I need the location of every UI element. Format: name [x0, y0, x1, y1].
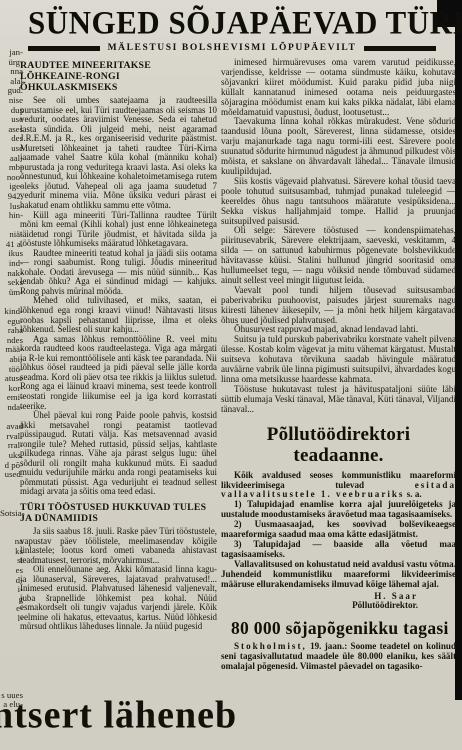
announcement-item: 2) Uusmaasaajad, kes soovivad bolševikea…: [221, 520, 456, 540]
article-title: SÜNGED SÕJAPÄEVAD TÜRIL: [28, 5, 436, 40]
announcement-item: 1) Talupidajad enamlise korra ajal juure…: [221, 500, 456, 520]
body-paragraph: Tööstuse hukutavast tulest ja hävituspat…: [221, 385, 456, 415]
next-article-headline-fragment: ntsert läheneb: [0, 692, 237, 737]
body-paragraph: Suitsu ja tuld purskub paberivabriku kor…: [221, 335, 456, 385]
body-paragraph: Oli ennelõunane aeg. Äkki kõmatasid linn…: [20, 565, 217, 632]
dateline: Stokholmist,: [234, 641, 307, 651]
announcement-intro-post: s. a.: [404, 489, 421, 499]
signature-title: Põllutöödirektor.: [221, 601, 418, 611]
announcement-intro: Kõik avaldused seoses kommunistliku maar…: [221, 471, 456, 501]
signature-block: H. Saar Põllutöödirektor.: [221, 592, 456, 612]
subheading-railway-mining: RAUDTEE MINEERITAKSE LÕHKEAINE-RONGI ÕHK…: [20, 60, 217, 93]
body-paragraph: Taevakuma linna kohal rõkkas mürakudest.…: [221, 117, 456, 176]
newspaper-page: jan-ürg-nnaalalgud.nisedususeasesdesusea…: [0, 0, 462, 750]
refugees-heading: 80 000 sõjapõgenikku tagasi: [221, 618, 456, 638]
agriculture-director-announcement: Põllutöödirektori teadaanne. Kõik avaldu…: [221, 424, 456, 612]
scan-edge-right: [455, 0, 462, 700]
subtitle-row: MÄLESTUSI BOLSHEVISMI LÕPUPÄEVILT: [28, 43, 436, 53]
announcement-item: 3) Talupidajad — baaside alla võetud maa…: [221, 540, 456, 560]
story-continuation-paragraphs: inimesed hirmuärevuses oma varem varutud…: [221, 58, 456, 415]
refugees-news-section: 80 000 sõjapõgenikku tagasi Stokholmist,…: [221, 618, 456, 672]
subheading-industries-destroyed: TÜRI TÖÖSTUSED HUKKUVAD TULES JA DÜNAMII…: [20, 502, 217, 524]
body-paragraph: Küll aga mineeriti Türi-Tallinna raudtee…: [20, 211, 217, 249]
announcement-items: 1) Talupidajad enamlise korra ajal juure…: [221, 500, 456, 559]
article-masthead: SÜNGED SÕJAPÄEVAD TÜRIL MÄLESTUSI BOLSHE…: [28, 6, 436, 53]
announcement-heading: Põllutöödirektori teadaanne.: [221, 424, 456, 466]
decorative-rule-left: [28, 46, 100, 51]
body-paragraph: Aga samas lõhkus remonttööline R. veel m…: [20, 335, 217, 411]
body-paragraph: Oli selge: Särevere tööstused — kondensp…: [221, 226, 456, 285]
column-2: inimesed hirmuärevuses oma varem varutud…: [221, 58, 456, 750]
body-paragraph: Ja siis saabus 18. juuli. Raske päev Tür…: [20, 527, 217, 565]
column-1: RAUDTEE MINEERITAKSE LÕHKEAINE-RONGI ÕHK…: [20, 60, 217, 694]
article-subtitle: MÄLESTUSI BOLSHEVISMI LÕPUPÄEVILT: [108, 43, 357, 53]
industries-story-paragraphs: Ja siis saabus 18. juuli. Raske päev Tür…: [20, 527, 217, 632]
decorative-rule-right: [364, 46, 436, 51]
body-paragraph: Raudtee mineeriti teatud kohal ja jäädi …: [20, 249, 217, 297]
body-paragraph: inimesed hirmuärevuses oma varem varutud…: [221, 58, 456, 117]
body-paragraph: Siis kostis vägevaid plahvatusi. Särever…: [221, 177, 456, 227]
body-paragraph: Ühel päeval kui rong Paide poole pahvis,…: [20, 411, 217, 497]
refugees-paragraph: Stokholmist, 19. jaan.: Soome teadetel o…: [221, 642, 456, 672]
body-paragraph: Vaevalt pool tundi hiljem tõusevad suits…: [221, 286, 456, 326]
announcement-closing: Vallavalitsused on kohustatud neid avald…: [221, 560, 456, 590]
body-paragraph: See oli umbes saatejaama ja raudteesilla…: [20, 96, 217, 211]
railway-story-paragraphs: See oli umbes saatejaama ja raudteesilla…: [20, 96, 217, 497]
body-paragraph: Mehed olid tulivihased, et miks, saatan,…: [20, 296, 217, 334]
